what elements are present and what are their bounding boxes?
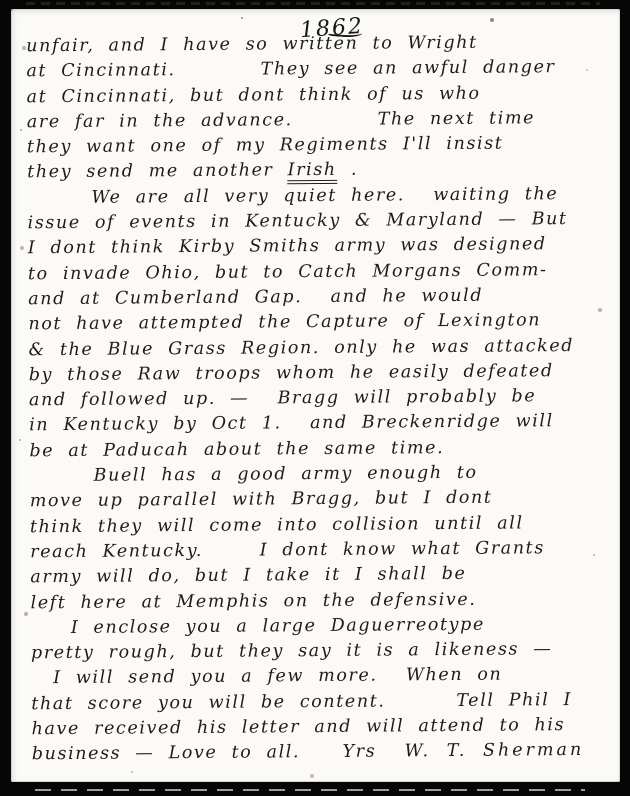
- letter-line: at Cincinnati. They see an awful danger: [26, 55, 611, 85]
- signature: W. T. Sherman: [405, 740, 585, 761]
- scan-dust-specks: [11, 9, 13, 11]
- letter-line: in Kentucky by Oct 1. and Breckenridge w…: [29, 409, 614, 439]
- letter-line: pretty rough, but they say it is a liken…: [31, 637, 616, 667]
- letter-line: reach Kentucky. I dont know what Grants: [30, 536, 615, 566]
- scanned-letter-frame: 1862 unfair, and I have so written to Wr…: [0, 0, 630, 796]
- line-text: .: [337, 160, 358, 180]
- scan-bottom-streak: [35, 789, 585, 791]
- line-text: they send me another: [27, 161, 288, 183]
- line-text: business — Love to all. Yrs: [32, 742, 405, 765]
- underlined-word: Irish: [288, 160, 337, 184]
- letter-body: unfair, and I have so written to Wright …: [26, 30, 617, 768]
- letter-page: 1862 unfair, and I have so written to Wr…: [11, 9, 620, 782]
- letter-line: to invade Ohio, but to Catch Morgans Com…: [28, 257, 613, 287]
- letter-line: business — Love to all. Yrs W. T. Sherma…: [32, 738, 617, 768]
- letter-line: are far in the advance. The next time: [27, 106, 612, 136]
